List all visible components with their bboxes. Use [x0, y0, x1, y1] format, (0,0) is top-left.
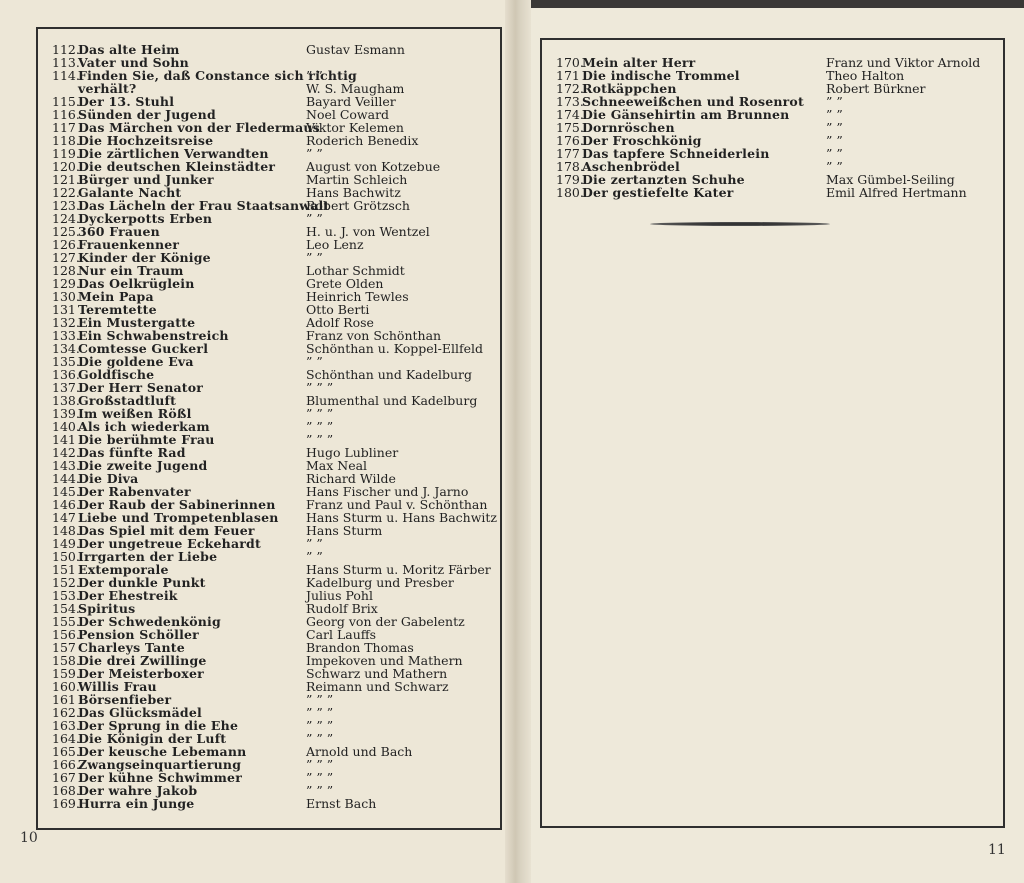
top-dark-edge [515, 0, 1024, 8]
play-title: Hurra ein Junge [78, 796, 194, 811]
entry-number: 180. [556, 186, 582, 199]
play-author: Schönthan u. Koppel-Ellfeld [306, 342, 483, 355]
play-author: Ernst Bach [306, 797, 376, 810]
play-title: Der gestiefelte Kater [582, 185, 734, 200]
play-author: Roderich Benedix [306, 134, 418, 147]
page-number-left: 10 [20, 830, 38, 846]
entry-number: 169. [52, 797, 78, 810]
play-author: Emil Alfred Hertmann [826, 186, 967, 199]
book-gutter [505, 0, 531, 883]
ornamental-rule [650, 222, 830, 226]
play-author: Gustav Esmann [306, 43, 405, 56]
entry-number: 114. [52, 69, 78, 82]
page-number-right: 11 [988, 842, 1006, 858]
